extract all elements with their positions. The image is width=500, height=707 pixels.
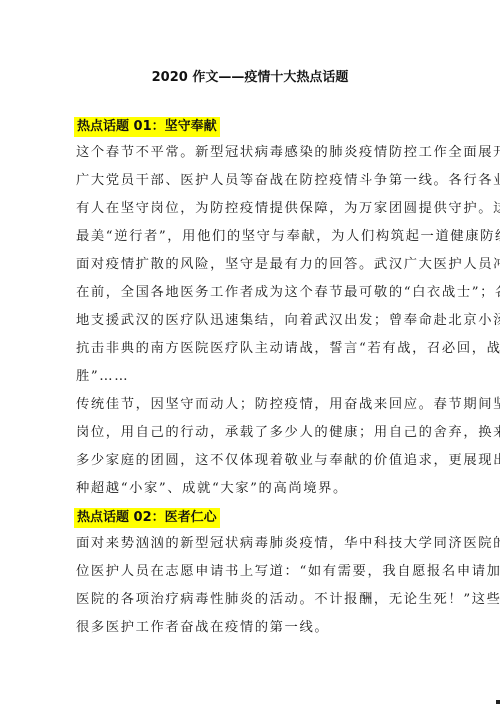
text-line: 位医护人员在志愿申请书上写道：“如有需要，我自愿报名申请加入 — [76, 558, 438, 586]
text-line: 医院的各项治疗病毒性肺炎的活动。不计报酬，无论生死！”这些天， — [76, 586, 438, 614]
text-line: 岗位，用自己的行动，承载了多少人的健康；用自己的舍弃，换来了 — [76, 419, 438, 447]
text-line: 在前，全国各地医务工作者成为这个春节最可敬的“白衣战士”；各 — [76, 279, 438, 307]
section-01-paragraph-1: 这个春节不平常。新型冠状病毒感染的肺炎疫情防控工作全面展开， 广大党员干部、医护… — [76, 139, 438, 391]
document-title: 2020 作文——疫情十大热点话题 — [0, 66, 500, 85]
page-corner-mark — [496, 700, 500, 704]
text-line: 有人在坚守岗位，为防控疫情提供保障，为万家团圆提供守护。这些 — [76, 195, 438, 223]
section-01-paragraph-2: 传统佳节，因坚守而动人；防控疫情，用奋战来回应。春节期间坚守 岗位，用自己的行动… — [76, 391, 438, 503]
section-heading-01: 热点话题 01：坚守奉献 — [74, 117, 220, 137]
text-line: 广大党员干部、医护人员等奋战在防控疫情斗争第一线。各行各业都 — [76, 167, 438, 195]
text-line: 种超越“小家”、成就“大家”的高尚境界。 — [76, 475, 438, 503]
text-line: 抗击非典的南方医院医疗队主动请战，誓言“若有战，召必回，战必 — [76, 335, 438, 363]
text-line: 传统佳节，因坚守而动人；防控疫情，用奋战来回应。春节期间坚守 — [76, 391, 438, 419]
text-line: 这个春节不平常。新型冠状病毒感染的肺炎疫情防控工作全面展开， — [76, 139, 438, 167]
text-line: 面对疫情扩散的风险，坚守是最有力的回答。武汉广大医护人员冲锋 — [76, 251, 438, 279]
text-line: 多少家庭的团圆，这不仅体现着敬业与奉献的价值追求，更展现出一 — [76, 447, 438, 475]
section-heading-02: 热点话题 02：医者仁心 — [74, 508, 220, 528]
section-02-paragraph-1: 面对来势汹汹的新型冠状病毒肺炎疫情，华中科技大学同济医院的一 位医护人员在志愿申… — [76, 530, 438, 642]
text-line: 地支援武汉的医疗队迅速集结，向着武汉出发；曾奉命赴北京小汤山 — [76, 307, 438, 335]
text-line: 最美“逆行者”，用他们的坚守与奉献，为人们构筑起一道健康防线。 — [76, 223, 438, 251]
text-line: 很多医护工作者奋战在疫情的第一线。 — [76, 614, 438, 642]
text-line: 面对来势汹汹的新型冠状病毒肺炎疫情，华中科技大学同济医院的一 — [76, 530, 438, 558]
text-line: 胜”…… — [76, 363, 438, 391]
